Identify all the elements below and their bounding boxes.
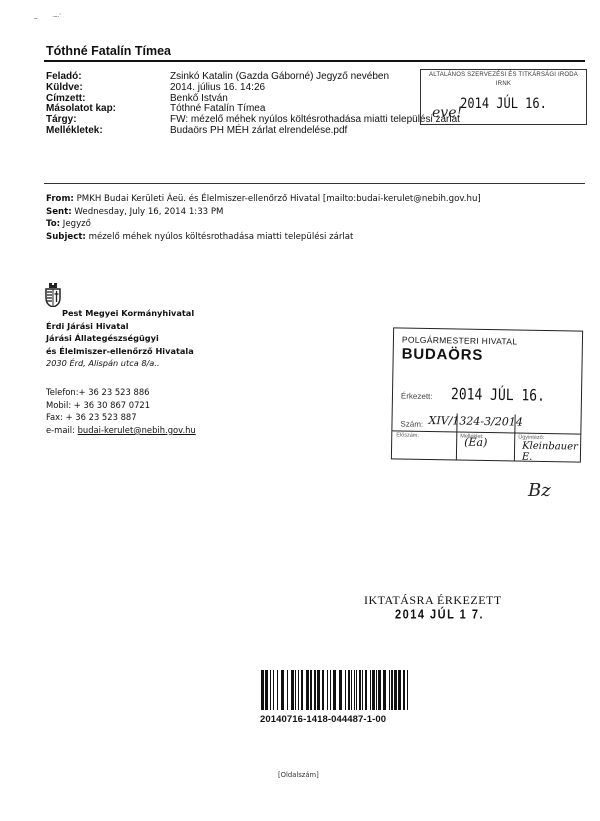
contact-email-row: e-mail: budai-kerulet@nebih.gov.hu <box>46 424 196 437</box>
forward-subject-value: mézelő méhek nyúlos költésrothadása miat… <box>89 232 354 242</box>
stamp-divider <box>392 430 580 434</box>
org-line: Pest Megyei Kormányhivatal <box>46 307 194 320</box>
mayors-office-registration-stamp: POLGÁRMESTERI HIVATAL BUDAÖRS Érkezett: … <box>391 327 583 462</box>
scan-mark: – <box>34 16 37 22</box>
email-header-fields: Feladó: Zsinkó Katalin (Gazda Gáborné) J… <box>46 72 460 137</box>
registration-number: XIV/1324-3/2014 <box>428 414 522 429</box>
org-line: Érdi Járási Hivatal <box>46 320 194 333</box>
stamp-office: POLGÁRMESTERI HIVATAL <box>402 335 518 347</box>
forward-subject-row: Subject: mézelő méhek nyúlos költésrotha… <box>46 231 481 244</box>
received-label: Érkezett: <box>401 391 433 401</box>
contact-block: Telefon:+ 36 23 523 886 Mobil: + 36 30 8… <box>46 386 196 436</box>
header-row-sent: Küldve: 2014. július 16. 14:26 <box>46 83 460 94</box>
number-label: Szám: <box>400 419 423 428</box>
forward-to-row: To: Jegyző <box>46 218 481 231</box>
attachment-handwriting: (Ea) <box>464 436 487 449</box>
page-number-placeholder: [Oldalszám] <box>278 771 319 779</box>
registry-stamp-label: IKTATÁSRA ÉRKEZETT <box>364 593 502 608</box>
stamp-office-name: ALTALÁNOS SZERVEZÉSI ÉS TITKÁRSÁGI IRODA <box>421 72 586 79</box>
title-divider <box>44 60 585 62</box>
forwarded-message-header: From: PMKH Budai Kerületi Áeü. és Élelmi… <box>46 193 481 243</box>
handler-handwriting: Kleinbauer E. <box>522 441 580 464</box>
field-label: Mellékletek: <box>46 126 170 137</box>
org-address: 2030 Érd, Alispán utca 8/a.. <box>46 357 194 370</box>
forward-sent-row: Sent: Wednesday, July 16, 2014 1:33 PM <box>46 206 481 219</box>
sender-organization-block: Pest Megyei Kormányhivatal Érdi Járási H… <box>46 307 194 370</box>
hungarian-coat-of-arms-icon <box>45 283 61 307</box>
contact-fax: Fax: + 36 23 523 887 <box>46 411 196 424</box>
forward-from-row: From: PMKH Budai Kerületi Áeü. és Élelmi… <box>46 193 481 206</box>
handwritten-initials: Bz <box>528 480 551 501</box>
registry-stamp-date: 2014 JÚL 1 7. <box>395 608 484 622</box>
stamp-city: BUDAÖRS <box>402 346 484 364</box>
stamp-divider <box>514 414 516 460</box>
attachment-link[interactable]: Budaörs PH MÉH zárlat elrendelése.pdf <box>170 126 347 137</box>
field-value: 2014. július 16. 14:26 <box>170 83 265 94</box>
forward-to-value: Jegyző <box>63 219 91 229</box>
forward-divider <box>44 183 585 184</box>
handwritten-note: eve! <box>432 105 462 121</box>
stamp-divider <box>456 413 458 459</box>
barcode <box>261 670 409 710</box>
contact-email-link[interactable]: budai-kerulet@nebih.gov.hu <box>78 425 196 435</box>
forward-sent-value: Wednesday, July 16, 2014 1:33 PM <box>74 207 223 217</box>
org-line: és Élelmiszer-ellenőrző Hivatala <box>46 345 194 358</box>
received-date: 2014 JÚL 16. <box>451 386 545 406</box>
header-row-attachments: Mellékletek: Budaörs PH MÉH zárlat elren… <box>46 126 460 137</box>
contact-phone: Telefon:+ 36 23 523 886 <box>46 386 196 399</box>
scan-mark: ·–·’ <box>52 14 61 20</box>
org-line: Járási Állategészségügyi <box>46 332 194 345</box>
stamp-subunit: IRNK <box>421 81 586 88</box>
forward-from-value: PMKH Budai Kerületi Áeü. és Élelmiszer-e… <box>77 194 481 204</box>
contact-mobile: Mobil: + 36 30 867 0721 <box>46 399 196 412</box>
field-label: Küldve: <box>46 83 170 94</box>
barcode-number: 20140716-1418-044487-1-00 <box>260 714 386 725</box>
prev-number-label: Előszám: <box>396 432 419 438</box>
document-owner-title: Tóthné Fatalín Tímea <box>46 44 171 58</box>
